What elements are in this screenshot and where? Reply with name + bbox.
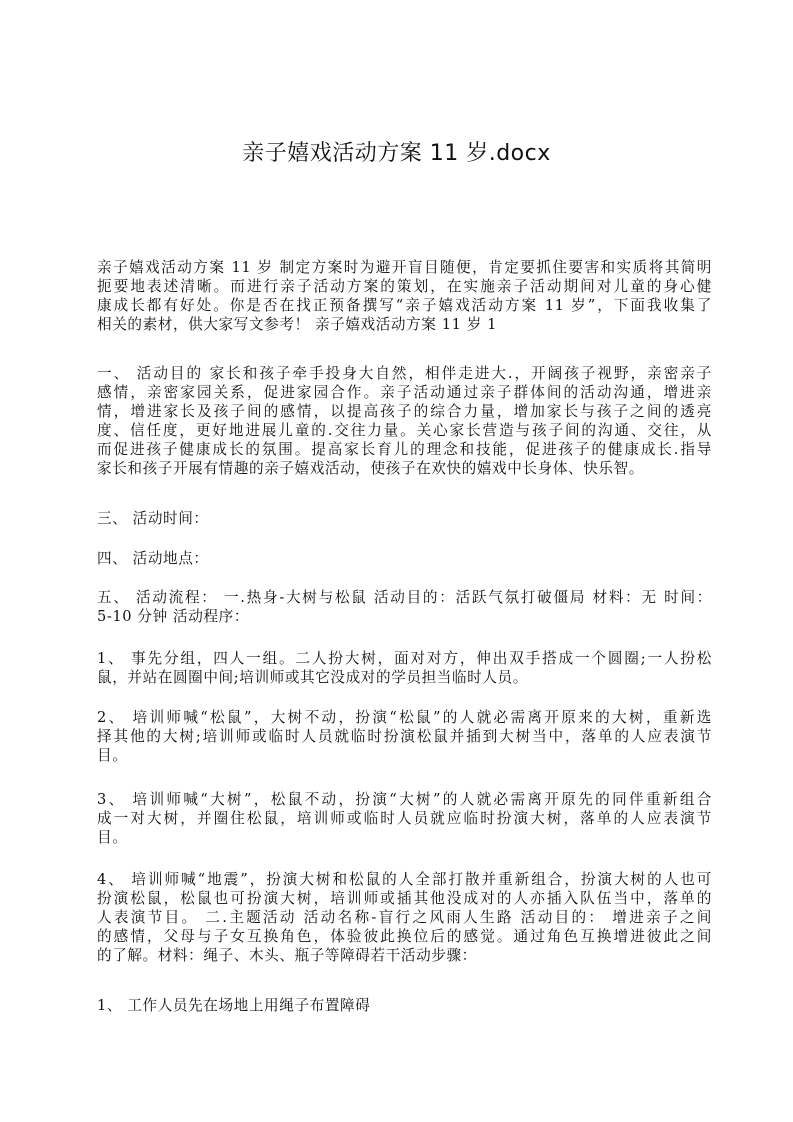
paragraph-step-1b: 1、 工作人员先在场地上用绳子布置障碍 xyxy=(97,996,712,1015)
text-line: 成一对大树，并圈住松鼠，培训师或临时人员就应临时扮演大树，落单的人应表演节 xyxy=(97,809,712,828)
text-line: 相关的素材，供大家写文参考！ 亲子嬉戏活动方案 11 岁 1 xyxy=(97,315,712,334)
text-line: 扮演松鼠，松鼠也可扮演大树，培训师或插其他没成对的人亦插入队伍当中，落单的 xyxy=(97,889,712,908)
text-line: 情，增进家长及孩子间的感情，以提高孩子的综合力量，增加家长与孩子之间的透亮 xyxy=(97,402,712,421)
paragraph-section-4: 四、 活动地点： xyxy=(97,549,712,568)
paragraph-section-3: 三、 活动时间： xyxy=(97,509,712,528)
document-page: 亲子嬉戏活动方案 11 岁.docx 亲子嬉戏活动方案 11 岁 制定方案时为避… xyxy=(0,0,793,1122)
paragraph-section-5: 五、 活动流程： 一.热身-大树与松鼠 活动目的：活跃气氛打破僵局 材料：无 时… xyxy=(97,588,712,626)
text-line: 一、 活动目的 家长和孩子牵手投身大自然，相伴走进大.，开阔孩子视野，亲密亲子 xyxy=(97,364,712,383)
text-line: 5-10 分钟 活动程序： xyxy=(97,607,712,626)
paragraph-intro: 亲子嬉戏活动方案 11 岁 制定方案时为避开盲目随便，肯定要抓住要害和实质将其简… xyxy=(97,258,712,334)
text-line: 扼要地表述清晰。而进行亲子活动方案的策划，在实施亲子活动期间对儿童的身心健 xyxy=(97,277,712,296)
text-line: 1、 工作人员先在场地上用绳子布置障碍 xyxy=(97,996,712,1015)
text-line: 目。 xyxy=(97,746,712,765)
text-line: 亲子嬉戏活动方案 11 岁 制定方案时为避开盲目随便，肯定要抓住要害和实质将其简… xyxy=(97,258,712,277)
text-line: 鼠，并站在圆圈中间;培训师或其它没成对的学员担当临时人员。 xyxy=(97,668,712,687)
text-line: 的了解。材料：绳子、木头、瓶子等障碍若干活动步骤： xyxy=(97,946,712,965)
text-line: 家长和孩子开展有情趣的亲子嬉戏活动，使孩子在欢快的嬉戏中长身体、快乐智。 xyxy=(97,459,712,478)
text-line: 目。 xyxy=(97,828,712,847)
text-line: 2、 培训师喊“松鼠”，大树不动，扮演“松鼠”的人就必需离开原来的大树，重新选 xyxy=(97,708,712,727)
document-title: 亲子嬉戏活动方案 11 岁.docx xyxy=(0,136,793,167)
text-line: 3、 培训师喊“大树”，松鼠不动，扮演“大树”的人就必需离开原先的同伴重新组合 xyxy=(97,790,712,809)
text-line: 康成长都有好处。你是否在找正预备撰写“亲子嬉戏活动方案 11 岁”，下面我收集了 xyxy=(97,296,712,315)
text-line: 4、 培训师喊“地震”，扮演大树和松鼠的人全部打散并重新组合，扮演大树的人也可 xyxy=(97,870,712,889)
paragraph-section-1: 一、 活动目的 家长和孩子牵手投身大自然，相伴走进大.，开阔孩子视野，亲密亲子感… xyxy=(97,364,712,478)
text-line: 四、 活动地点： xyxy=(97,549,712,568)
text-line: 而促进孩子健康成长的氛围。提高家长育儿的理念和技能，促进孩子的健康成长.指导 xyxy=(97,440,712,459)
paragraph-step-3: 3、 培训师喊“大树”，松鼠不动，扮演“大树”的人就必需离开原先的同伴重新组合成… xyxy=(97,790,712,847)
text-line: 1、 事先分组，四人一组。二人扮大树，面对对方，伸出双手搭成一个圆圈;一人扮松 xyxy=(97,649,712,668)
paragraph-step-4: 4、 培训师喊“地震”，扮演大树和松鼠的人全部打散并重新组合，扮演大树的人也可扮… xyxy=(97,870,712,965)
text-line: 的感情，父母与子女互换角色，体验彼此换位后的感觉。通过角色互换增进彼此之间 xyxy=(97,927,712,946)
text-line: 感情，亲密家园关系，促进家园合作。亲子活动通过亲子群体间的活动沟通，增进亲 xyxy=(97,383,712,402)
text-line: 度、信任度，更好地进展儿童的.交往力量。关心家长营造与孩子间的沟通、交往，从 xyxy=(97,421,712,440)
text-line: 人表演节目。 二.主题活动 活动名称-盲行之风雨人生路 活动目的： 增进亲子之间 xyxy=(97,908,712,927)
text-line: 择其他的大树;培训师或临时人员就临时扮演松鼠并插到大树当中，落单的人应表演节 xyxy=(97,727,712,746)
paragraph-step-2: 2、 培训师喊“松鼠”，大树不动，扮演“松鼠”的人就必需离开原来的大树，重新选择… xyxy=(97,708,712,765)
text-line: 五、 活动流程： 一.热身-大树与松鼠 活动目的：活跃气氛打破僵局 材料：无 时… xyxy=(97,588,712,607)
text-line: 三、 活动时间： xyxy=(97,509,712,528)
paragraph-step-1: 1、 事先分组，四人一组。二人扮大树，面对对方，伸出双手搭成一个圆圈;一人扮松鼠… xyxy=(97,649,712,687)
